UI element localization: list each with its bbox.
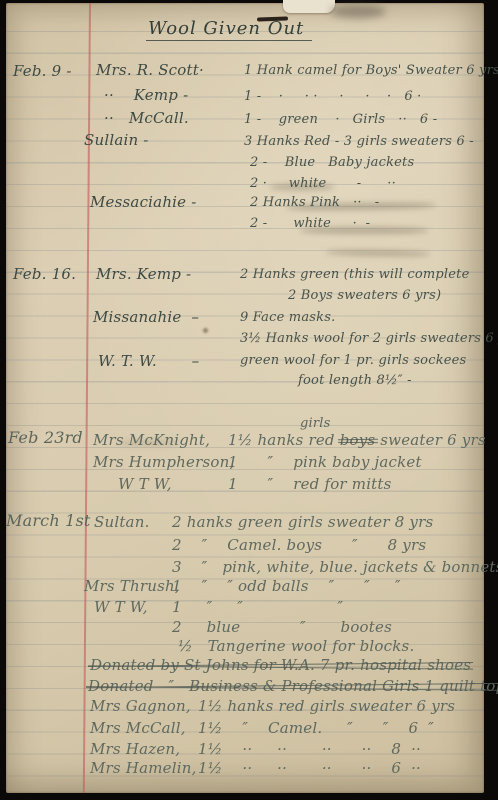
entry-date: Feb 23rd (8, 428, 83, 447)
entry-detail: 2 - white · - (250, 216, 370, 231)
entry-name: Mrs. R. Scott· (96, 61, 204, 79)
entry-name: Messaciahie - (90, 193, 197, 211)
entry-name: Sullain - (84, 131, 149, 149)
ink-smudge (330, 5, 386, 18)
detail-text: 1½ hanks red (228, 431, 340, 449)
entry-name: W T W, (94, 598, 148, 616)
notebook-photo: Wool Given Out Feb. 9 - Mrs. R. Scott· 1… (0, 0, 498, 800)
entry-name: ·· McCall. (104, 109, 189, 127)
entry-detail: 1 Hank camel for Boys' Sweater 6 yrs - (244, 63, 498, 78)
entry-name: W. T. W. – (98, 352, 199, 370)
entry-name: Mrs. Kemp - (96, 265, 191, 283)
entry-detail: 1½ ·· ·· ·· ·· 8 ·· (198, 740, 421, 758)
entry-detail: 2 blue ″ bootes (172, 618, 392, 636)
entry-detail: 3½ Hanks wool for 2 girls sweaters 6 yrs (240, 331, 498, 346)
entry-detail: 2 Boys sweaters 6 yrs) (288, 288, 441, 303)
entry-detail: 9 Face masks. (240, 310, 335, 325)
entry-name: Mrs McCall, (90, 719, 186, 737)
struck-entry: Donated by St Johns for W.A. 7 pr. hospi… (90, 656, 471, 674)
entry-date: Feb. 9 - (13, 62, 72, 80)
entry-detail: ½ Tangerine wool for blocks. (178, 637, 414, 655)
entry-name: Mrs McKnight, (93, 431, 210, 449)
entry-detail: 1 ″ pink baby jacket (228, 453, 422, 471)
inserted-correction: girls (300, 416, 331, 431)
paper-stain (203, 328, 208, 333)
entry-detail: 3 ″ pink, white, blue. jackets & bonnets (172, 558, 498, 576)
entry-detail: 3 Hanks Red - 3 girls sweaters 6 - (244, 134, 474, 149)
entry-name: Missanahie – (93, 308, 199, 326)
struck-text: Donated ″ Business & Professional Girls … (88, 677, 498, 695)
entry-date: Feb. 16. (13, 265, 76, 283)
entry-name: Mrs Humpherson, (93, 453, 234, 471)
entry-name: Mrs Thrush, (84, 577, 180, 595)
entry-detail: 2 Hanks Pink ·· - (250, 195, 379, 210)
torn-edge-chip (283, 0, 335, 13)
entry-detail: 1 ″ ″ ″ (172, 598, 343, 616)
entry-date: March 1st (6, 511, 91, 530)
entry-detail: 2 ″ Camel. boys ″ 8 yrs (172, 536, 426, 554)
entry-detail: green wool for 1 pr. girls sockees (240, 353, 466, 368)
page-title: Wool Given Out (146, 18, 312, 41)
entry-name: Mrs Hamelin, (90, 759, 197, 777)
entry-detail: foot length 8½″ - (298, 373, 412, 388)
entry-detail: 1 - green · Girls ·· 6 - (244, 112, 437, 127)
entry-detail: 1 ″ red for mitts (228, 475, 392, 493)
entry-name: Mrs Gagnon, (90, 697, 191, 715)
entry-detail: 2 · white - ·· (250, 176, 396, 191)
entry-name: W T W, (118, 475, 172, 493)
entry-detail: 1½ ″ Camel. ″ ″ 6 ″ (198, 719, 434, 737)
entry-detail: 2 Hanks green (this will complete (240, 267, 469, 282)
entry-detail: 1½ hanks red boys sweater 6 yrs (228, 431, 486, 449)
entry-name: Sultan. (94, 513, 150, 531)
entry-name: Mrs Hazen, (90, 740, 180, 758)
entry-name: ·· Kemp - (104, 86, 188, 104)
struck-word: boys (340, 431, 376, 449)
struck-text: Donated by St Johns for W.A. 7 pr. hospi… (90, 656, 471, 674)
entry-detail: 1½ ·· ·· ·· ·· 6 ·· (198, 759, 421, 777)
entry-detail: 1 - · · · · · · 6 · (244, 89, 422, 104)
detail-text: sweater 6 yrs (375, 431, 485, 449)
entry-detail: 1 ″ ″ odd balls ″ ″ ″ (172, 577, 401, 595)
struck-entry: Donated ″ Business & Professional Girls … (88, 677, 498, 695)
entry-detail: 2 - Blue Baby jackets (250, 155, 414, 170)
entry-detail: 1½ hanks red girls sweater 6 yrs (198, 697, 455, 715)
entry-detail: 2 hanks green girls sweater 8 yrs (172, 513, 433, 531)
